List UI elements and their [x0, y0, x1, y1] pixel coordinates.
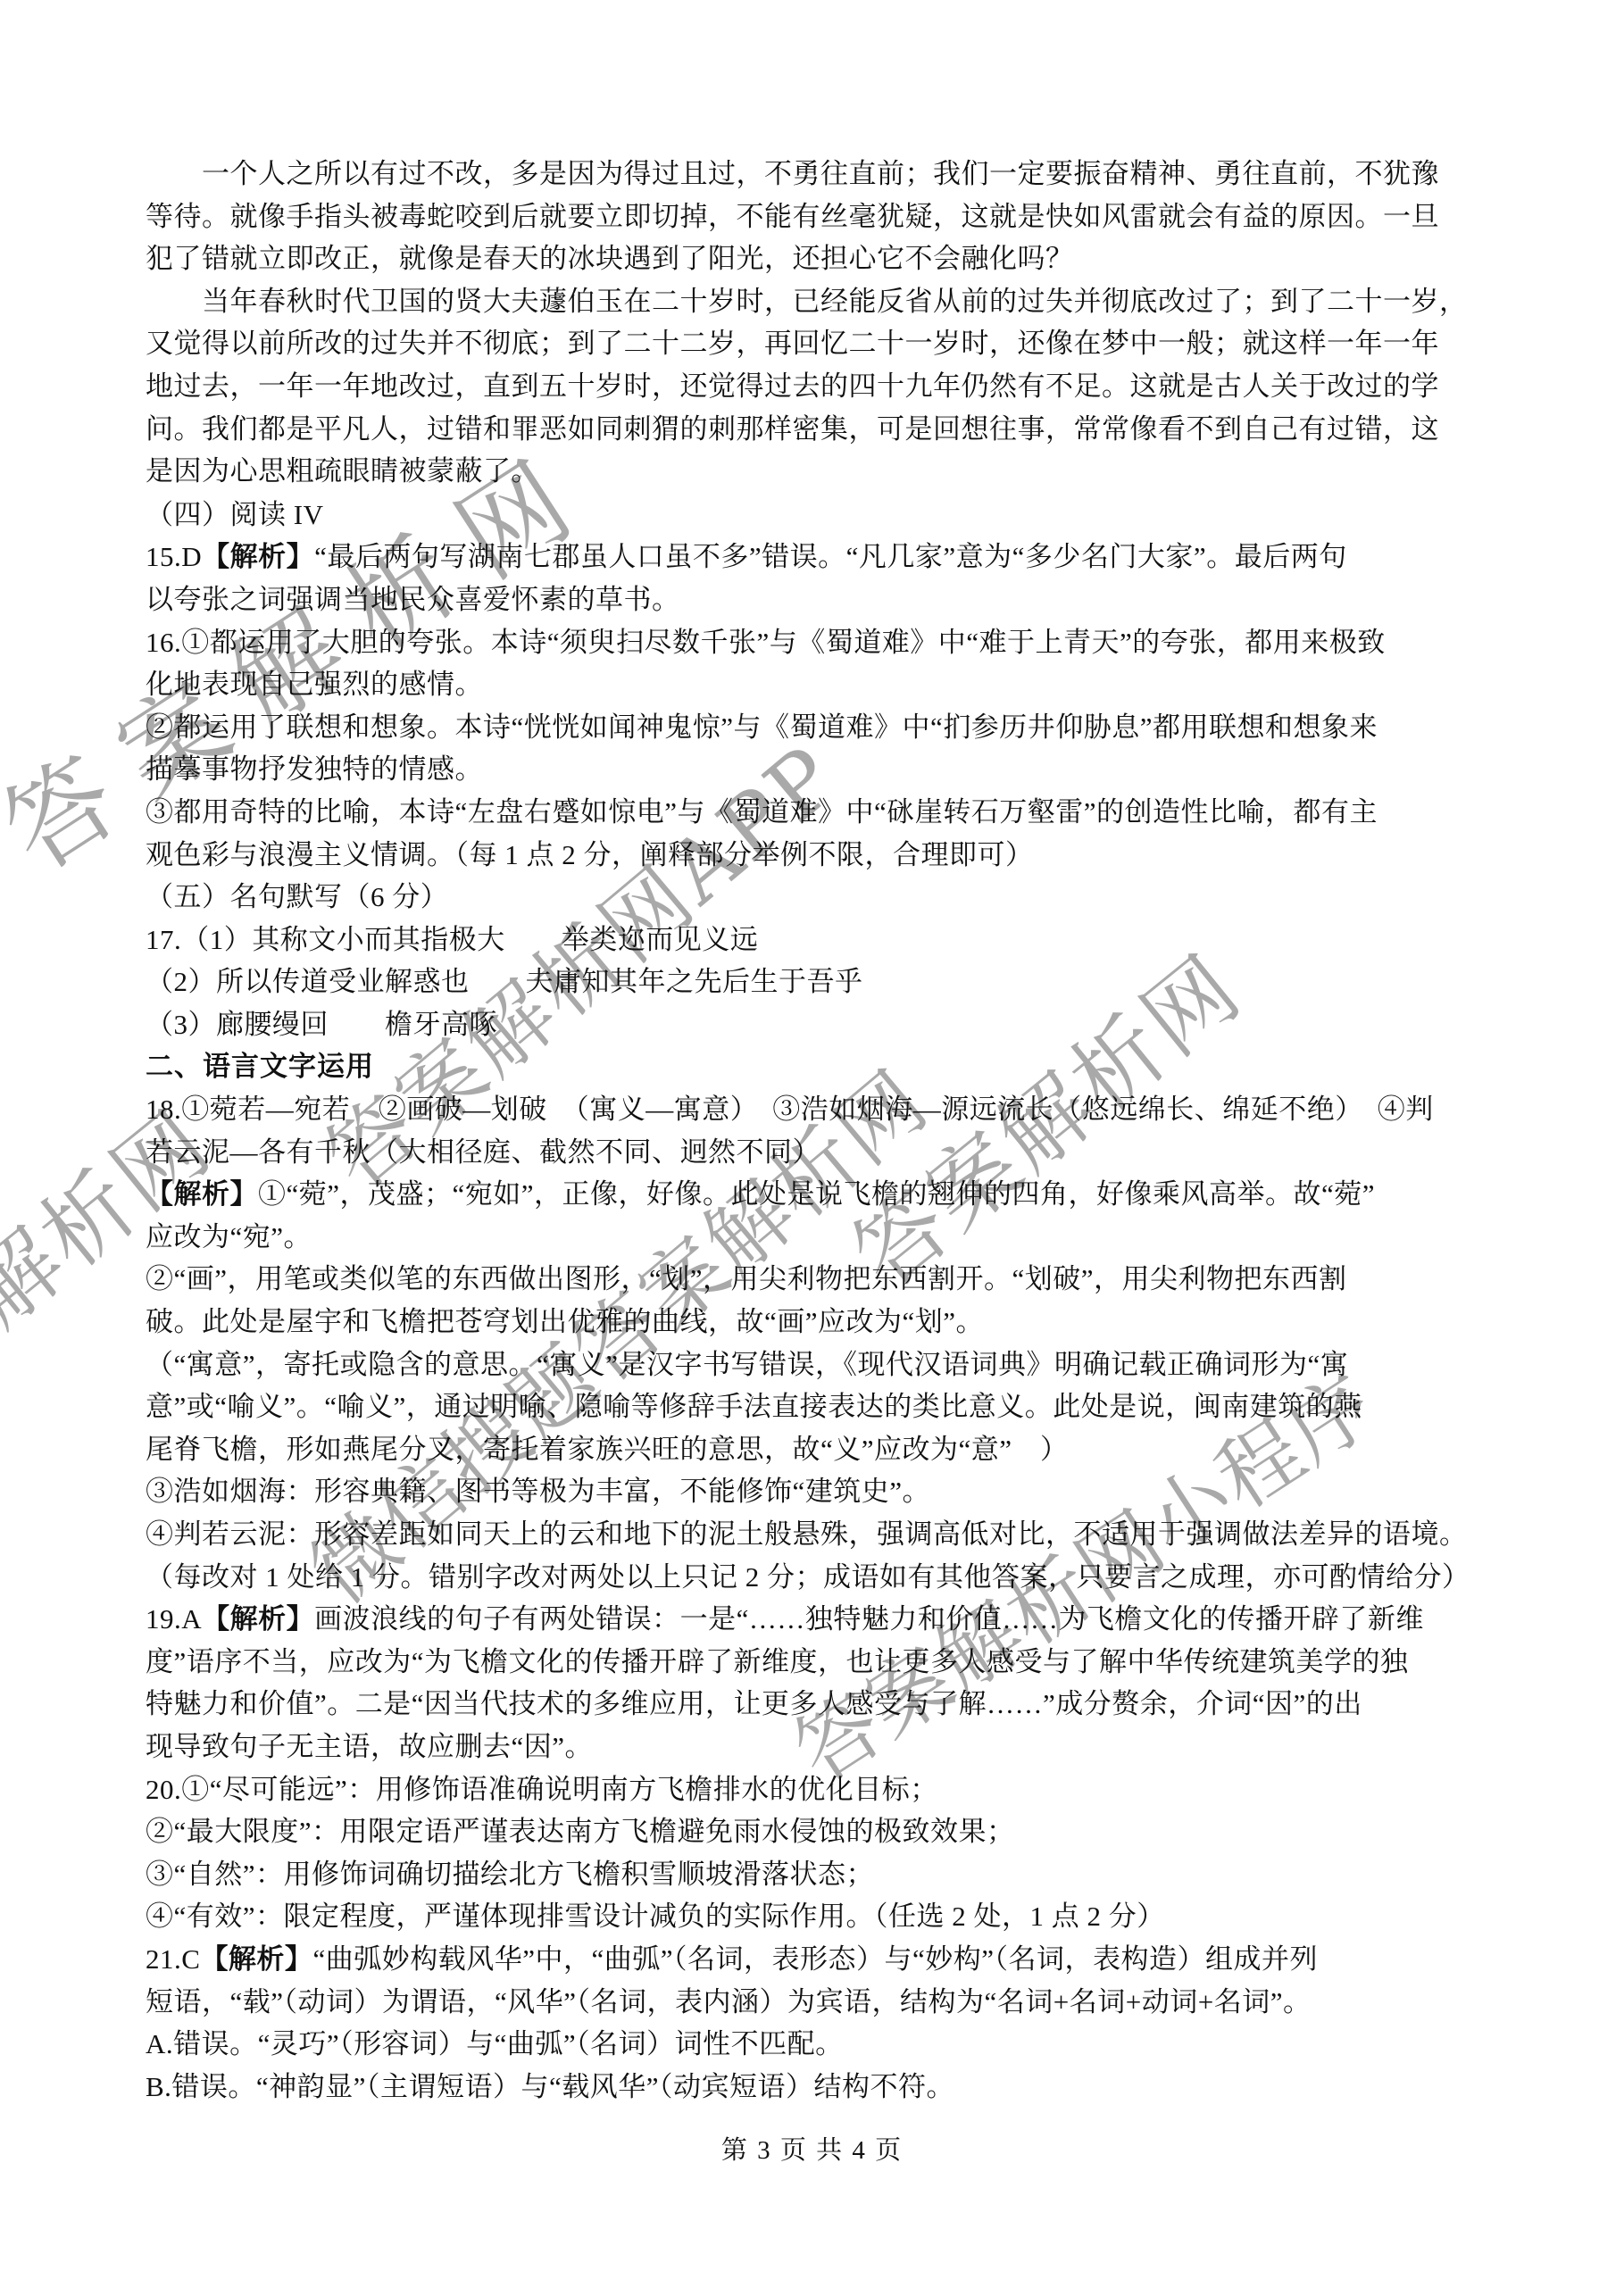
text-line: 若云泥—各有千秋（大相径庭、截然不同、迥然不同）	[146, 1131, 1476, 1174]
text-segment: “最后两句写湖南七郡虽人口虽不多”错误。“凡几家”意为“多少名门大家”。最后两句	[314, 541, 1347, 572]
text-segment: ①“菀”，茂盛；“宛如”，正像，好像。此处是说飞檐的翘伸的四角，好像乘风高举。故…	[258, 1178, 1375, 1210]
text-line: 20.①“尽可能远”：用修饰语准确说明南方飞檐排水的优化目标；	[146, 1768, 1476, 1811]
text-line: （2）所以传道受业解惑也 夫庸知其年之先后生于吾乎	[146, 961, 1476, 1003]
text-line: 【解析】①“菀”，茂盛；“宛如”，正像，好像。此处是说飞檐的翘伸的四角，好像乘风…	[146, 1173, 1476, 1216]
text-line: 应改为“宛”。	[146, 1216, 1476, 1259]
text-segment: “曲弧妙构载风华”中，“曲弧”（名词，表形态）与“妙构”（名词，表构造）组成并列	[312, 1943, 1318, 1975]
text-line: ③“自然”：用修饰词确切描绘北方飞檐积雪顺坡滑落状态；	[146, 1853, 1476, 1896]
text-line: 17.（1）其称文小而其指极大 举类迩而见义远	[146, 919, 1476, 961]
document-body: 一个人之所以有过不改，多是因为得过且过，不勇往直前；我们一定要振奋精神、勇往直前…	[146, 154, 1476, 2108]
text-line: 以夸张之词强调当地民众喜爱怀素的草书。	[146, 578, 1476, 621]
text-line: 描摹事物抒发独特的情感。	[146, 748, 1476, 791]
text-line: 二、语言文字运用	[146, 1045, 1476, 1088]
text-line: 问。我们都是平凡人，过错和罪恶如同刺猬的刺那样密集，可是回想往事，常常像看不到自…	[146, 409, 1476, 452]
text-line: 观色彩与浪漫主义情调。（每 1 点 2 分，阐释部分举例不限，合理即可）	[146, 834, 1476, 877]
text-line: 地过去，一年一年地改过，直到五十岁时，还觉得过去的四十九年仍然有不足。这就是古人…	[146, 366, 1476, 409]
text-segment: 19.A	[146, 1603, 202, 1635]
text-line: 16.①都运用了大胆的夸张。本诗“须臾扫尽数千张”与《蜀道难》中“难于上青天”的…	[146, 621, 1476, 664]
text-segment: 15.D	[146, 541, 202, 572]
text-line: 度”语序不当，应改为“为飞檐文化的传播开辟了新维度，也让更多人感受与了解中华传统…	[146, 1641, 1476, 1684]
text-line: 18.①菀若—宛若 ②画破—划破 （寓义—寓意） ③浩如烟海—源远流长（悠远绵长…	[146, 1088, 1476, 1131]
text-line: 尾脊飞檐，形如燕尾分叉，寄托着家族兴旺的意思，故“义”应改为“意” ）	[146, 1428, 1476, 1471]
text-line: 现导致句子无主语，故应删去“因”。	[146, 1726, 1476, 1768]
analysis-tag: 【解析】	[200, 1943, 312, 1975]
text-line: 特魅力和价值”。二是“因当代技术的多维应用，让更多人感受与了解……”成分赘余，介…	[146, 1683, 1476, 1726]
text-line: （3）廊腰缦回 檐牙高啄	[146, 1003, 1476, 1046]
text-line: 21.C【解析】“曲弧妙构载风华”中，“曲弧”（名词，表形态）与“妙构”（名词，…	[146, 1938, 1476, 1981]
text-line: 化地表现自己强烈的感情。	[146, 663, 1476, 706]
text-line: ④“有效”：限定程度，严谨体现排雪设计减负的实际作用。（任选 2 处，1 点 2…	[146, 1895, 1476, 1938]
text-line: ③都用奇特的比喻，本诗“左盘右蹙如惊电”与《蜀道难》中“砯崖转石万壑雷”的创造性…	[146, 791, 1476, 834]
text-line: ②“画”，用笔或类似笔的东西做出图形，“划”，用尖利物把东西割开。“划破”，用尖…	[146, 1258, 1476, 1301]
text-line: （“寓意”，寄托或隐含的意思。“寓义”是汉字书写错误，《现代汉语词典》明确记载正…	[146, 1343, 1476, 1386]
page-footer: 第 3 页 共 4 页	[0, 2130, 1624, 2167]
analysis-tag: 【解析】	[202, 1603, 314, 1635]
text-line: 意”或“喻义”。“喻义”，通过明喻、隐喻等修辞手法直接表达的类比意义。此处是说，…	[146, 1385, 1476, 1428]
text-line: （四）阅读 IV	[146, 494, 1476, 537]
text-line: 短语，“载”（动词）为谓语，“风华”（名词，表内涵）为宾语，结构为“名词+名词+…	[146, 1981, 1476, 2024]
analysis-tag: 【解析】	[146, 1178, 258, 1210]
text-line: 破。此处是屋宇和飞檐把苍穹划出优雅的曲线，故“画”应改为“划”。	[146, 1301, 1476, 1343]
text-line: （五）名句默写（6 分）	[146, 876, 1476, 919]
text-line: 又觉得以前所改的过失并不彻底；到了二十二岁，再回忆二十一岁时，还像在梦中一般；就…	[146, 323, 1476, 366]
text-line: （每改对 1 处给 1 分。错别字改对两处以上只记 2 分；成语如有其他答案，只…	[146, 1556, 1476, 1599]
text-line: ②都运用了联想和想象。本诗“恍恍如闻神鬼惊”与《蜀道难》中“扪参历井仰胁息”都用…	[146, 706, 1476, 749]
text-line: 19.A【解析】画波浪线的句子有两处错误：一是“……独特魅力和价值……为飞檐文化…	[146, 1598, 1476, 1641]
text-line: 等待。就像手指头被毒蛇咬到后就要立即切掉，不能有丝毫犹疑，这就是快如风雷就会有益…	[146, 196, 1476, 239]
analysis-tag: 【解析】	[202, 541, 314, 572]
text-segment: 21.C	[146, 1943, 200, 1975]
text-line: ④判若云泥：形容差距如同天上的云和地下的泥土般悬殊，强调高低对比，不适用于强调做…	[146, 1513, 1476, 1556]
text-line: 犯了错就立即改正，就像是春天的冰块遇到了阳光，还担心它不会融化吗？	[146, 238, 1476, 281]
text-line: A.错误。“灵巧”（形容词）与“曲弧”（名词）词性不匹配。	[146, 2023, 1476, 2066]
text-line: ②“最大限度”：用限定语严谨表达南方飞檐避免雨水侵蚀的极致效果；	[146, 1810, 1476, 1853]
text-line: 是因为心思粗疏眼睛被蒙蔽了。	[146, 451, 1476, 494]
text-line: B.错误。“神韵显”（主谓短语）与“载风华”（动宾短语）结构不符。	[146, 2066, 1476, 2109]
text-line: 当年春秋时代卫国的贤大夫蘧伯玉在二十岁时，已经能反省从前的过失并彻底改过了；到了…	[146, 281, 1476, 324]
text-line: 15.D【解析】“最后两句写湖南七郡虽人口虽不多”错误。“凡几家”意为“多少名门…	[146, 536, 1476, 578]
text-line: ③浩如烟海：形容典籍、图书等极为丰富，不能修饰“建筑史”。	[146, 1470, 1476, 1513]
text-segment: 画波浪线的句子有两处错误：一是“……独特魅力和价值……为飞檐文化的传播开辟了新维	[314, 1603, 1424, 1635]
text-line: 一个人之所以有过不改，多是因为得过且过，不勇往直前；我们一定要振奋精神、勇往直前…	[146, 154, 1476, 196]
document-page: 答案解析网答案解析网APP答案解析网微信搜题答案解析网答案解析网小程序答案解析网…	[0, 0, 1624, 2296]
